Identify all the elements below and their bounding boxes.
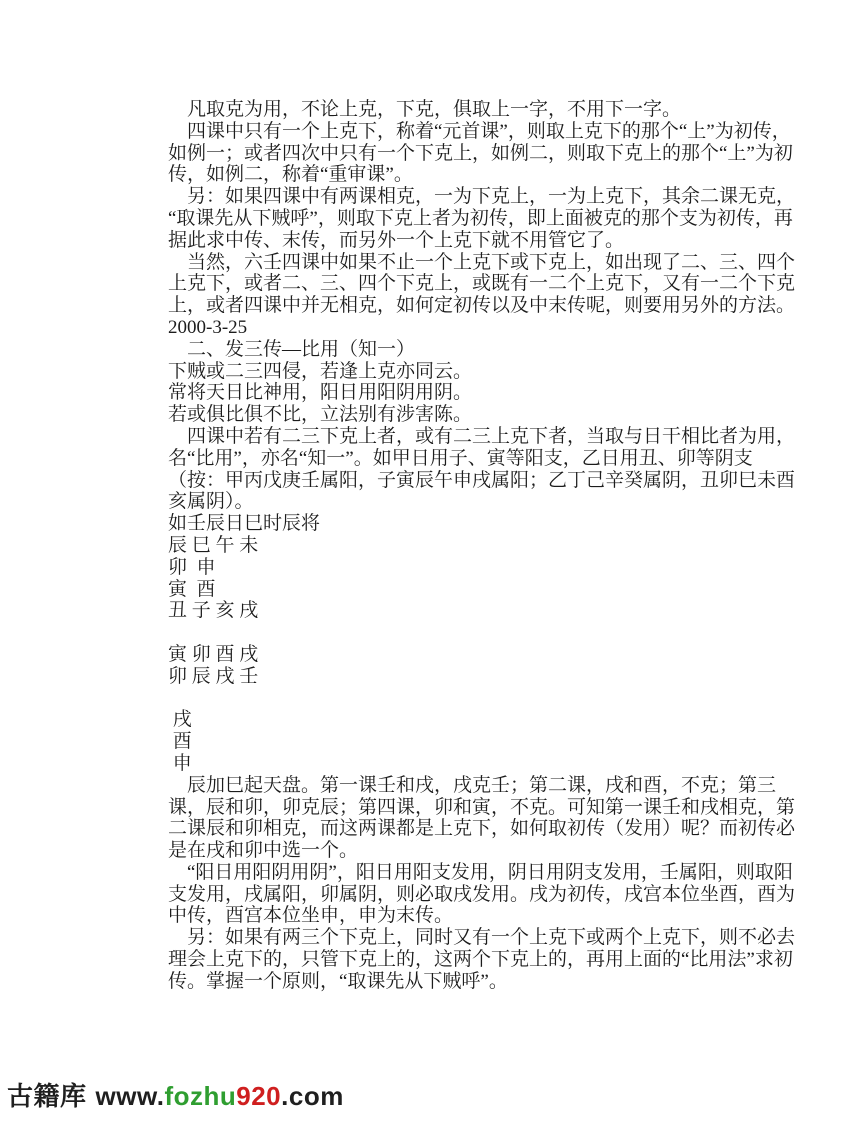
watermark-com-text: .com [281,1081,344,1111]
watermark-www-text: www. [96,1081,165,1111]
text-line: 中传，酉宫本位坐申，申为末传。 [168,905,812,927]
text-line: 是在戌和卯中选一个。 [168,840,812,862]
text-line: 课，辰和卯，卯克辰；第四课，卯和寅，不克。可知第一课壬和戌相克，第 [168,797,812,819]
text-line: 凡取克为用，不论上克，下克，俱取上一字，不用下一字。 [168,99,812,121]
text-line: 理会上克下的，只管下克上的，这两个下克上的，再用上面的“比用法”求初 [168,949,812,971]
text-line: “阳日用阳阴用阴”，阳日用阳支发用，阴日用阴支发用，壬属阳，则取阳 [168,862,812,884]
text-line: 常将天日比神用，阳日用阳阴用阴。 [168,382,812,404]
watermark-library-label: 古籍库 [7,1081,87,1111]
text-line [168,688,812,710]
text-line: （按：甲丙戊庚壬属阳，子寅辰午申戌属阳；乙丁己辛癸属阴，丑卯巳未酉 [168,470,812,492]
text-line: 如壬辰日巳时辰将 [168,513,812,535]
text-line: 据此求中传、末传，而另外一个上克下就不用管它了。 [168,230,812,252]
text-line: 二课辰和卯相克，而这两课都是上克下，如何取初传（发用）呢？而初传必 [168,818,812,840]
text-line: 寅 酉 [168,579,812,601]
text-line: 上，或者四课中并无相克，如何定初传以及中末传呢，则要用另外的方法。 [168,295,812,317]
text-line: 申 [168,753,812,775]
watermark-site-green-text: fozhu [164,1081,236,1111]
document-content: 凡取克为用，不论上克，下克，俱取上一字，不用下一字。 四课中只有一个上克下，称着… [168,99,812,993]
text-line: 四课中若有二三下克上者，或有二三上克下者，当取与日干相比者为用， [168,426,812,448]
text-line: 酉 [168,731,812,753]
text-line: 卯 辰 戌 壬 [168,666,812,688]
text-line: 当然，六壬四课中如果不止一个上克下或下克上，如出现了二、三、四个 [168,252,812,274]
text-line [168,622,812,644]
text-line: 另：如果有两三个下克上，同时又有一个上克下或两个上克下，则不必去 [168,927,812,949]
text-line: 辰加巳起天盘。第一课壬和戌，戌克壬；第二课，戌和酉，不克；第三 [168,775,812,797]
text-line: 传。掌握一个原则，“取课先从下贼呼”。 [168,971,812,993]
text-line: 四课中只有一个上克下，称着“元首课”，则取上克下的那个“上”为初传， [168,121,812,143]
text-line: 卯 申 [168,557,812,579]
text-line: 支发用，戌属阳，卯属阴，则必取戌发用。戌为初传，戌宫本位坐酉，酉为 [168,884,812,906]
text-line: 寅 卯 酉 戌 [168,644,812,666]
watermark-site-red-text: 920 [236,1081,281,1111]
text-line: 丑 子 亥 戌 [168,600,812,622]
text-line: 下贼或二三四侵，若逢上克亦同云。 [168,361,812,383]
text-line: 若或俱比俱不比，立法别有涉害陈。 [168,404,812,426]
text-line: 如例一；或者四次中只有一个下克上，如例二，则取下克上的那个“上”为初 [168,143,812,165]
text-line: 戌 [168,709,812,731]
text-line: 辰 巳 午 未 [168,535,812,557]
text-line: 亥属阴）。 [168,491,812,513]
text-line: 另：如果四课中有两课相克，一为下克上，一为上克下，其余二课无克， [168,186,812,208]
text-line: 2000-3-25 [168,317,812,339]
document-page: 凡取克为用，不论上克，下克，俱取上一字，不用下一字。 四课中只有一个上克下，称着… [0,0,866,1122]
text-line: 二、发三传—比用（知一） [168,339,812,361]
text-line: 传，如例二，称着“重审课”。 [168,164,812,186]
text-line: 名“比用”，亦名“知一”。如甲日用子、寅等阳支，乙日用丑、卯等阴支 [168,448,812,470]
text-line: 上克下，或者二、三、四个下克上，或既有一二个上克下，又有一二个下克 [168,273,812,295]
text-line: “取课先从下贼呼”，则取下克上者为初传，即上面被克的那个支为初传，再 [168,208,812,230]
watermark: 古籍库www.fozhu920.com [7,1076,344,1113]
